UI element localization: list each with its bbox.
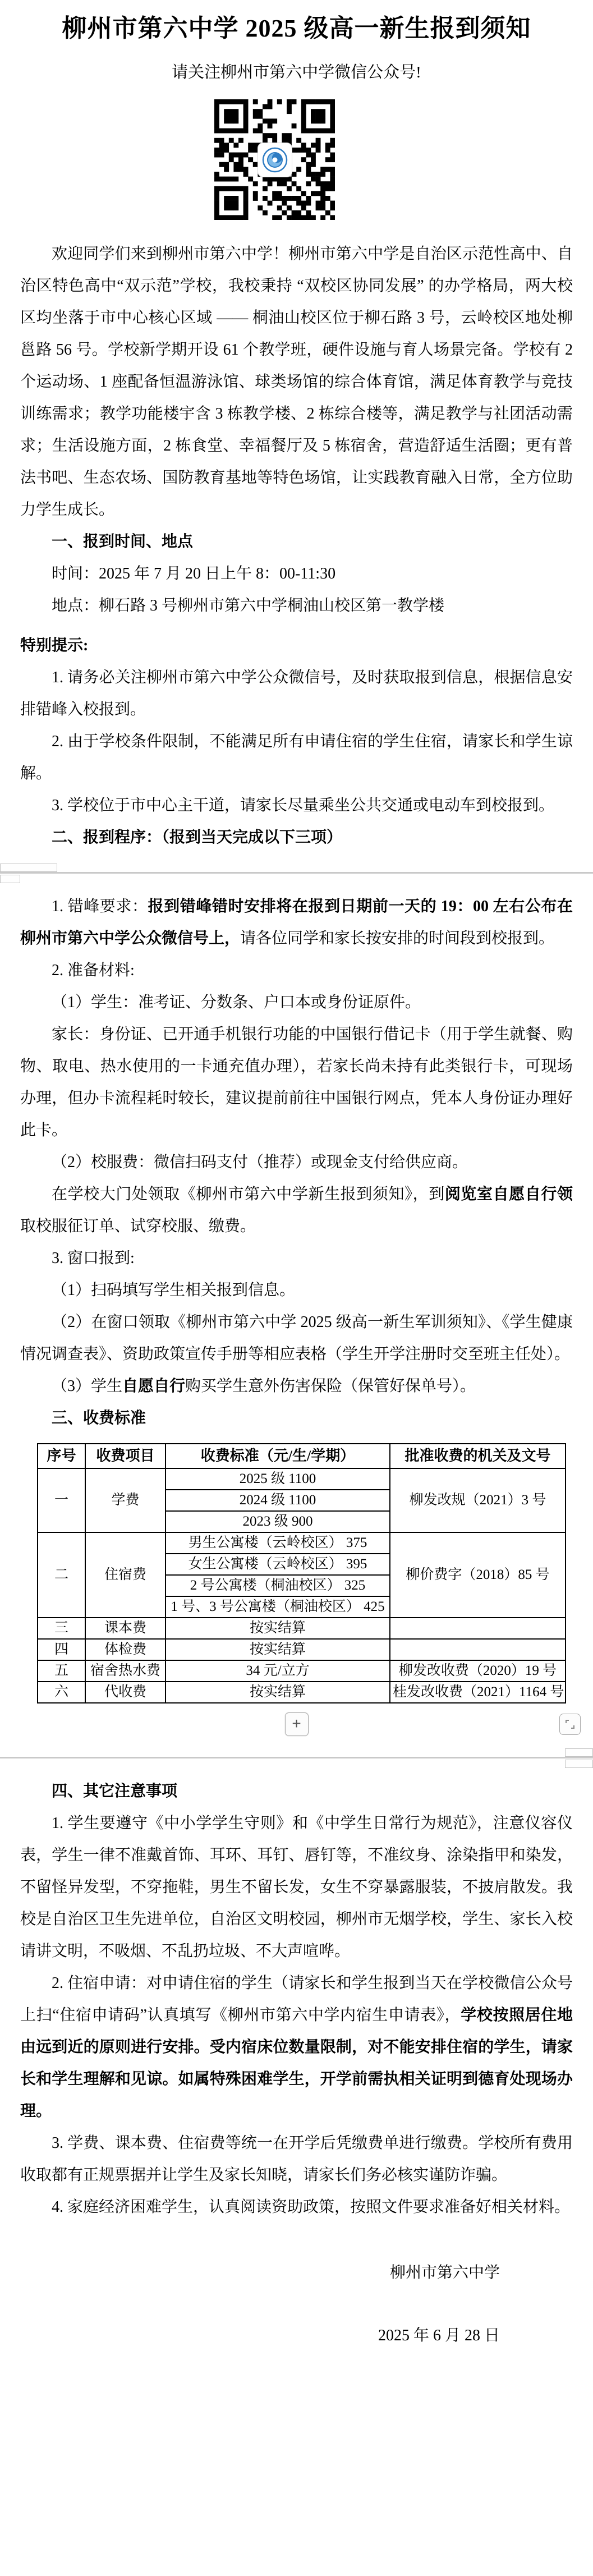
row5-authority: 柳发改收费（2020）19 号 [390, 1660, 566, 1682]
row5-no: 五 [38, 1660, 85, 1682]
lodging-boys: 男生公寓楼（云岭校区） 375 [166, 1532, 390, 1554]
page-break-marker [0, 864, 57, 872]
page-break-marker [565, 1760, 593, 1768]
fees-header-row: 序号 收费项目 收费标准（元/生/学期） 批准收费的机关及文号 [38, 1444, 566, 1468]
special-note-3: 3. 学校位于市中心主干道，请家长尽量乘坐公共交通或电动车到校报到。 [20, 789, 573, 821]
page-title: 柳州市第六中学 2025 级高一新生报到须知 [20, 8, 573, 44]
window-checkin-heading: 3. 窗口报到: [20, 1242, 573, 1274]
page-break-line [0, 1757, 593, 1758]
materials-uniform-fee: （2）校服费：微信扫码支付（推荐）或现金支付给供应商。 [20, 1146, 573, 1178]
row5-item: 宿舍热水费 [85, 1660, 166, 1682]
row3-item: 课本费 [85, 1618, 166, 1639]
lodging-girls: 女生公寓楼（云岭校区） 395 [166, 1554, 390, 1575]
row6-no: 六 [38, 1682, 85, 1703]
gate-pickup-rest: 取校服征订单、试穿校服、缴费。 [20, 1218, 256, 1235]
special-note-1: 1. 请务必关注柳州市第六中学公众微信号，及时获取报到信息，根据信息安排错峰入校… [20, 662, 573, 725]
notice-3: 3. 学费、课本费、住宿费等统一在开学后凭缴费单进行缴费。学校所有费用收取都有正… [20, 2127, 573, 2191]
page-break [0, 1746, 593, 1770]
fees-header-item: 收费项目 [85, 1444, 166, 1468]
insurance-text: （3）学生 [52, 1377, 122, 1395]
table-expand-icon[interactable] [559, 1714, 581, 1735]
signature-school: 柳州市第六中学 [20, 2257, 573, 2289]
table-insert-row-button[interactable]: + [285, 1712, 309, 1736]
report-time: 时间：2025 年 7 月 20 日上午 8：00-11:30 [20, 558, 573, 590]
row4-standard: 按实结算 [166, 1639, 390, 1660]
fees-header-no: 序号 [38, 1444, 85, 1468]
insurance-bold: 自愿自行 [122, 1377, 185, 1395]
materials-student: （1）学生：准考证、分数条、户口本或身份证原件。 [20, 986, 573, 1018]
special-note-2: 2. 由于学校条件限制，不能满足所有申请住宿的学生住宿，请家长和学生谅解。 [20, 725, 573, 789]
tuition-2023: 2023 级 900 [166, 1511, 390, 1532]
gate-pickup-text: 在学校大门处领取《柳州市第六中学新生报到须知》，到 [52, 1186, 445, 1203]
row6-authority: 桂发改收费（2021）1164 号 [390, 1682, 566, 1703]
row5-standard: 34 元/立方 [166, 1660, 390, 1682]
section1-heading: 一、报到时间、地点 [20, 526, 573, 558]
table-row: 二 住宿费 男生公寓楼（云岭校区） 375 柳价费字（2018）85 号 [38, 1532, 566, 1554]
bottom-whitespace [20, 2352, 573, 2576]
fees-header-standard: 收费标准（元/生/学期） [166, 1444, 390, 1468]
fees-table: 序号 收费项目 收费标准（元/生/学期） 批准收费的机关及文号 一 学费 202… [37, 1443, 566, 1703]
row3-no: 三 [38, 1618, 85, 1639]
tuition-2024: 2024 级 1100 [166, 1490, 390, 1511]
qr-code [214, 99, 335, 220]
materials-parent: 家长：身份证、已开通手机银行功能的中国银行借记卡（用于学生就餐、购物、取电、热水… [20, 1018, 573, 1146]
table-row: 一 学费 2025 级 1100 柳发改规（2021）3 号 [38, 1468, 566, 1490]
section4-heading: 四、其它注意事项 [20, 1775, 573, 1807]
table-row: 四 体检费 按实结算 [38, 1639, 566, 1660]
report-place: 地点：柳石路 3 号柳州市第六中学桐油山校区第一教学楼 [20, 590, 573, 622]
table-row: 五 宿舍热水费 34 元/立方 柳发改收费（2020）19 号 [38, 1660, 566, 1682]
page-break-marker [565, 1748, 593, 1757]
subtitle: 请关注柳州市第六中学微信公众号! [20, 59, 573, 82]
row6-standard: 按实结算 [166, 1682, 390, 1703]
school-logo-icon [258, 143, 292, 177]
special-notes-heading: 特别提示: [20, 630, 573, 662]
page-break-line [0, 872, 593, 874]
insurance-rest: 购买学生意外伤害保险（保管好保单号）。 [185, 1377, 476, 1395]
row3-standard: 按实结算 [166, 1618, 390, 1639]
tuition-item: 学费 [85, 1468, 166, 1532]
materials-heading: 2. 准备材料: [20, 954, 573, 986]
table-row: 三 课本费 按实结算 [38, 1618, 566, 1639]
signature-date: 2025 年 6 月 28 日 [20, 2320, 573, 2352]
intro-paragraph: 欢迎同学们来到柳州市第六中学！柳州市第六中学是自治区示范性高中、自治区特色高中“… [20, 238, 573, 526]
staggered-arrival-paragraph: 1. 错峰要求：报到错峰错时安排将在报到日期前一天的 19：00 左右公布在柳州… [20, 890, 573, 954]
lodging-item: 住宿费 [85, 1532, 166, 1618]
page-break [0, 861, 593, 885]
tuition-authority: 柳发改规（2021）3 号 [390, 1468, 566, 1532]
row6-item: 代收费 [85, 1682, 166, 1703]
materials-gate-pickup: 在学校大门处领取《柳州市第六中学新生报到须知》，到阅览室自愿自行领取校服征订单、… [20, 1178, 573, 1242]
table-controls: + [20, 1711, 573, 1738]
staggered-arrival-label: 1. 错峰要求： [52, 898, 148, 915]
notice-1: 1. 学生要遵守《中小学学生守则》和《中学生日常行为规范》，注意仪容仪表，学生一… [20, 1807, 573, 1967]
section2-heading: 二、报到程序：（报到当天完成以下三项） [20, 821, 573, 853]
notice-4: 4. 家庭经济困难学生，认真阅读资助政策，按照文件要求准备好相关材料。 [20, 2191, 573, 2223]
notice-2: 2. 住宿申请：对申请住宿的学生（请家长和学生报到当天在学校微信公众号上扫“住宿… [20, 1967, 573, 2127]
tuition-no: 一 [38, 1468, 85, 1532]
row3-authority [390, 1618, 566, 1639]
staggered-arrival-rest: 请各位同学和家长按安排的时间段到校报到。 [240, 930, 554, 947]
fees-header-authority: 批准收费的机关及文号 [390, 1444, 566, 1468]
row4-item: 体检费 [85, 1639, 166, 1660]
page-break-marker [0, 875, 20, 883]
lodging-no: 二 [38, 1532, 85, 1618]
window-step-1: （1）扫码填写学生相关报到信息。 [20, 1274, 573, 1306]
window-step-3: （3）学生自愿自行购买学生意外伤害保险（保管好保单号）。 [20, 1370, 573, 1402]
section3-heading: 三、收费标准 [20, 1402, 573, 1434]
lodging-authority: 柳价费字（2018）85 号 [390, 1532, 566, 1618]
row4-no: 四 [38, 1639, 85, 1660]
document: 柳州市第六中学 2025 级高一新生报到须知 请关注柳州市第六中学微信公众号! … [0, 0, 593, 2576]
row4-authority [390, 1639, 566, 1660]
window-step-2: （2）在窗口领取《柳州市第六中学 2025 级高一新生军训须知》、《学生健康情况… [20, 1306, 573, 1370]
lodging-bldg13: 1 号、3 号公寓楼（桐油校区） 425 [166, 1596, 390, 1618]
tuition-2025: 2025 级 1100 [166, 1468, 390, 1490]
lodging-bldg2: 2 号公寓楼（桐油校区） 325 [166, 1575, 390, 1596]
table-row: 六 代收费 按实结算 桂发改收费（2021）1164 号 [38, 1682, 566, 1703]
gate-pickup-bold: 阅览室自愿自行领 [445, 1186, 573, 1203]
